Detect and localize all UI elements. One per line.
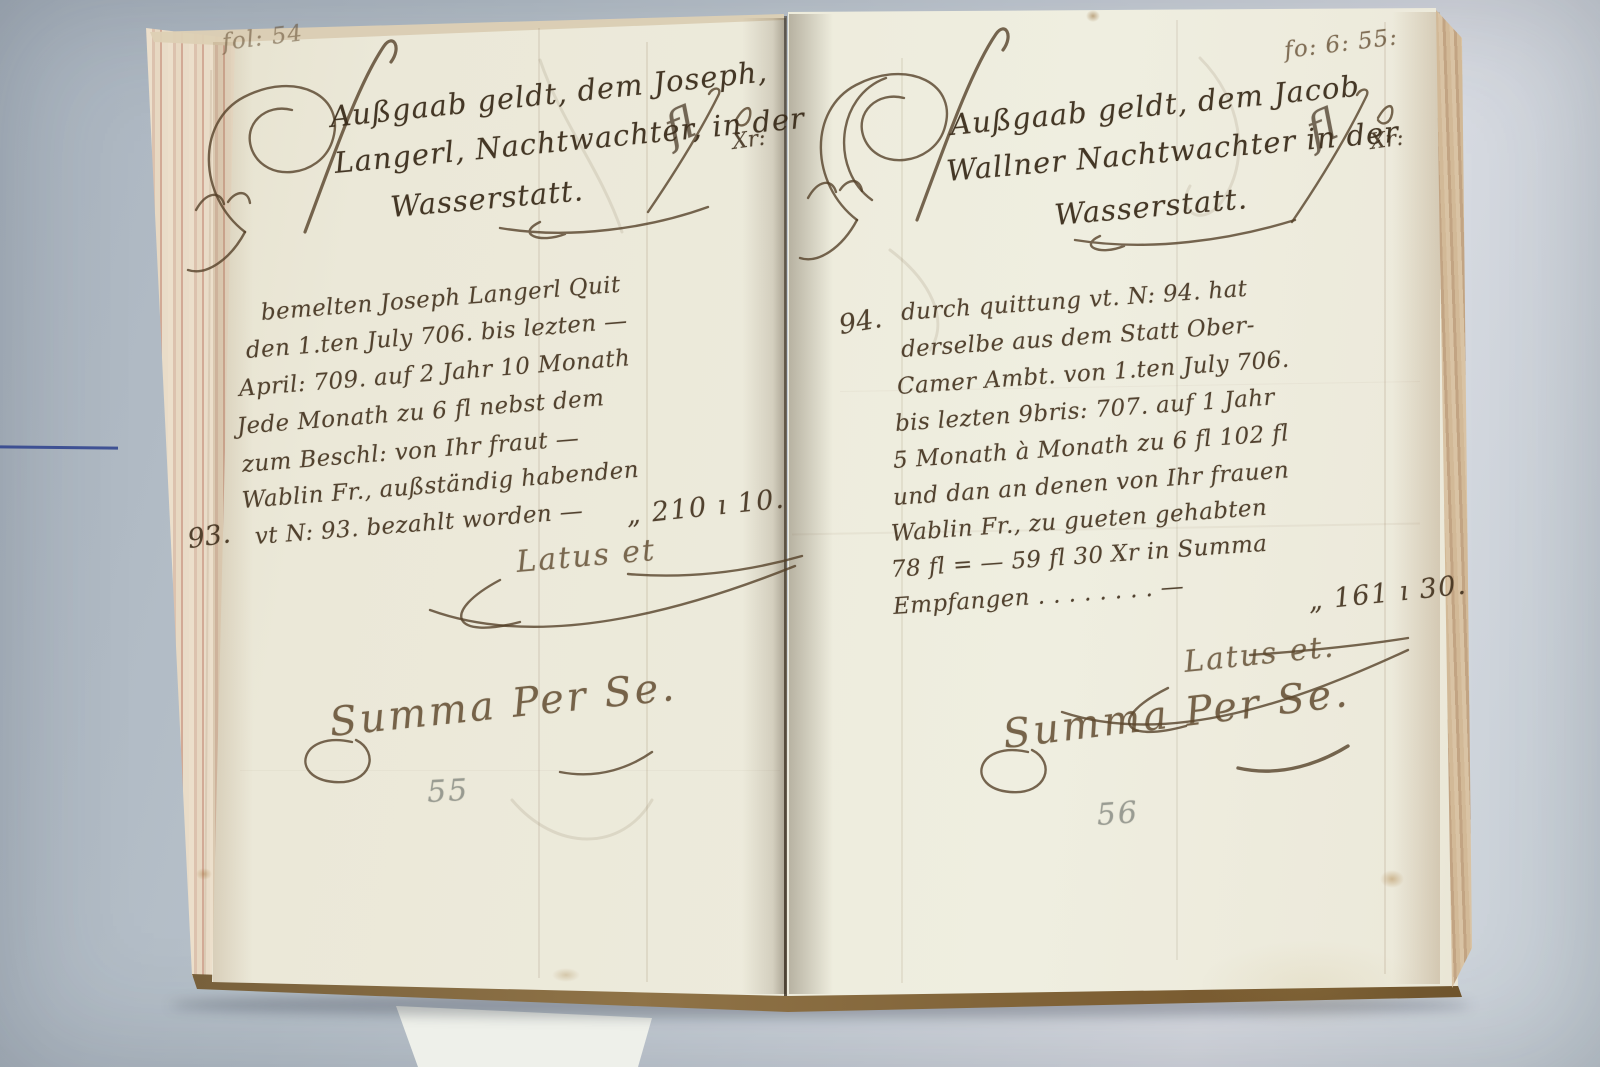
left-initial-flourish [209, 86, 335, 232]
right-pencil-page-number: 56 [1096, 795, 1141, 833]
foxing-stain [196, 868, 212, 880]
left-initial-descender [188, 232, 245, 271]
foxing-stain [1380, 870, 1404, 888]
right-initial-descender [800, 220, 857, 259]
left-initial-stem [305, 41, 396, 232]
manuscript-ledger-photo: fol: 54 Außgaab geldt, dem Joseph, Lange… [0, 0, 1600, 1067]
left-summa-underline [560, 752, 652, 774]
ink-flourish-layer [0, 0, 1600, 1067]
foxing-stain [1200, 940, 1420, 1030]
left-summa-loop [305, 740, 369, 782]
left-kreuzer-sign: Xr: [731, 126, 768, 155]
foxing-stain [1086, 10, 1100, 22]
left-latus-swash [430, 566, 795, 627]
left-margin-number: 93. [186, 518, 233, 555]
right-kreuzer-sign: Xr: [1369, 126, 1406, 155]
foxing-stain [552, 968, 580, 982]
right-initial-flourish [821, 74, 947, 220]
right-summa-underline [1238, 746, 1348, 771]
left-pencil-page-number: 55 [426, 773, 470, 810]
